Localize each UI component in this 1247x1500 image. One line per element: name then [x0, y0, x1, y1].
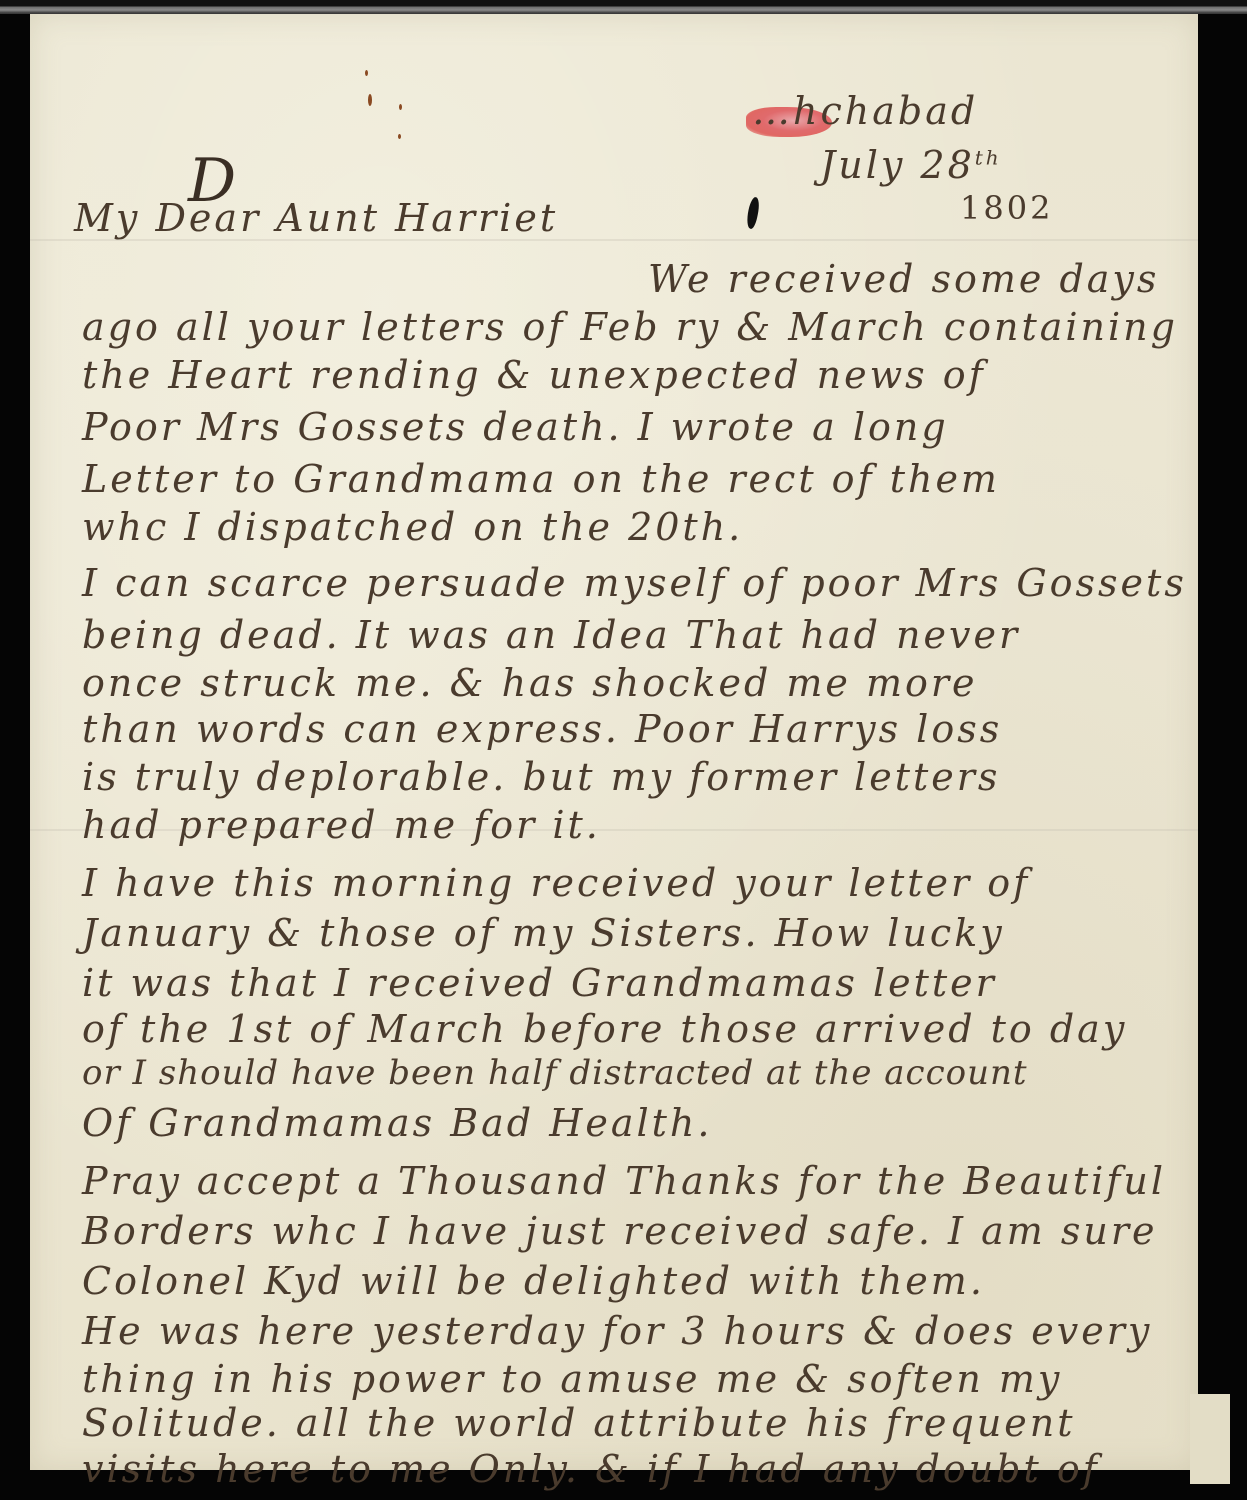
letter-line: Borders whc I have just received safe. I…: [82, 1212, 1158, 1250]
letter-line: Pray accept a Thousand Thanks for the Be…: [82, 1162, 1166, 1200]
date-text: July 28: [820, 143, 975, 187]
letter-line: or I should have been half distracted at…: [82, 1056, 1028, 1090]
underlying-sheet-edge: [1190, 1394, 1230, 1484]
year: 1802: [960, 192, 1053, 224]
letter-line: being dead. It was an Idea That had neve…: [82, 616, 1020, 654]
letter-line: it was that I received Grandmamas letter: [82, 964, 997, 1002]
letter-line: Poor Mrs Gossets death. I wrote a long: [82, 408, 949, 446]
letter-line: He was here yesterday for 3 hours & does…: [82, 1312, 1152, 1350]
letter-line: once struck me. & has shocked me more: [82, 664, 978, 702]
letter-line: than words can express. Poor Harrys loss: [82, 710, 1002, 748]
salutation: My Dear Aunt Harriet: [74, 199, 558, 237]
letter-page: …hchabad July 28th 1802 D My Dear Aunt H…: [30, 14, 1198, 1470]
foxing-stain: [398, 134, 401, 139]
letter-line: is truly deplorable. but my former lette…: [82, 758, 1000, 796]
letter-line: visits here to me Only. & if I had any d…: [82, 1450, 1100, 1488]
letter-line: thing in his power to amuse me & soften …: [82, 1360, 1062, 1398]
letter-line: had prepared me for it.: [82, 806, 601, 844]
letter-line: the Heart rending & unexpected news of: [82, 356, 986, 394]
letter-line: Solitude. all the world attribute his fr…: [82, 1404, 1076, 1442]
place-name: …hchabad: [752, 92, 978, 130]
letter-line: January & those of my Sisters. How lucky: [82, 914, 1005, 952]
letter-line: Of Grandmamas Bad Health.: [82, 1104, 712, 1142]
letter-line: Colonel Kyd will be delighted with them.: [82, 1262, 985, 1300]
date-suffix: th: [975, 145, 1002, 169]
letter-line: ago all your letters of Feb ry & March c…: [82, 308, 1178, 346]
ink-blot: [745, 196, 761, 229]
foxing-stain: [365, 70, 368, 76]
letter-line: of the 1st of March before those arrived…: [82, 1010, 1127, 1048]
letter-line: I can scarce persuade myself of poor Mrs…: [82, 564, 1187, 602]
scanner-top-edge: [0, 0, 1247, 14]
foxing-stain: [368, 94, 372, 106]
foxing-stain: [399, 104, 402, 110]
date-line: July 28th: [820, 146, 1002, 184]
letter-line: Letter to Grandmama on the rect of them: [82, 460, 1000, 498]
letter-line: I have this morning received your letter…: [82, 864, 1030, 902]
letter-line: We received some days: [648, 260, 1159, 298]
letter-line: whc I dispatched on the 20th.: [82, 508, 743, 546]
